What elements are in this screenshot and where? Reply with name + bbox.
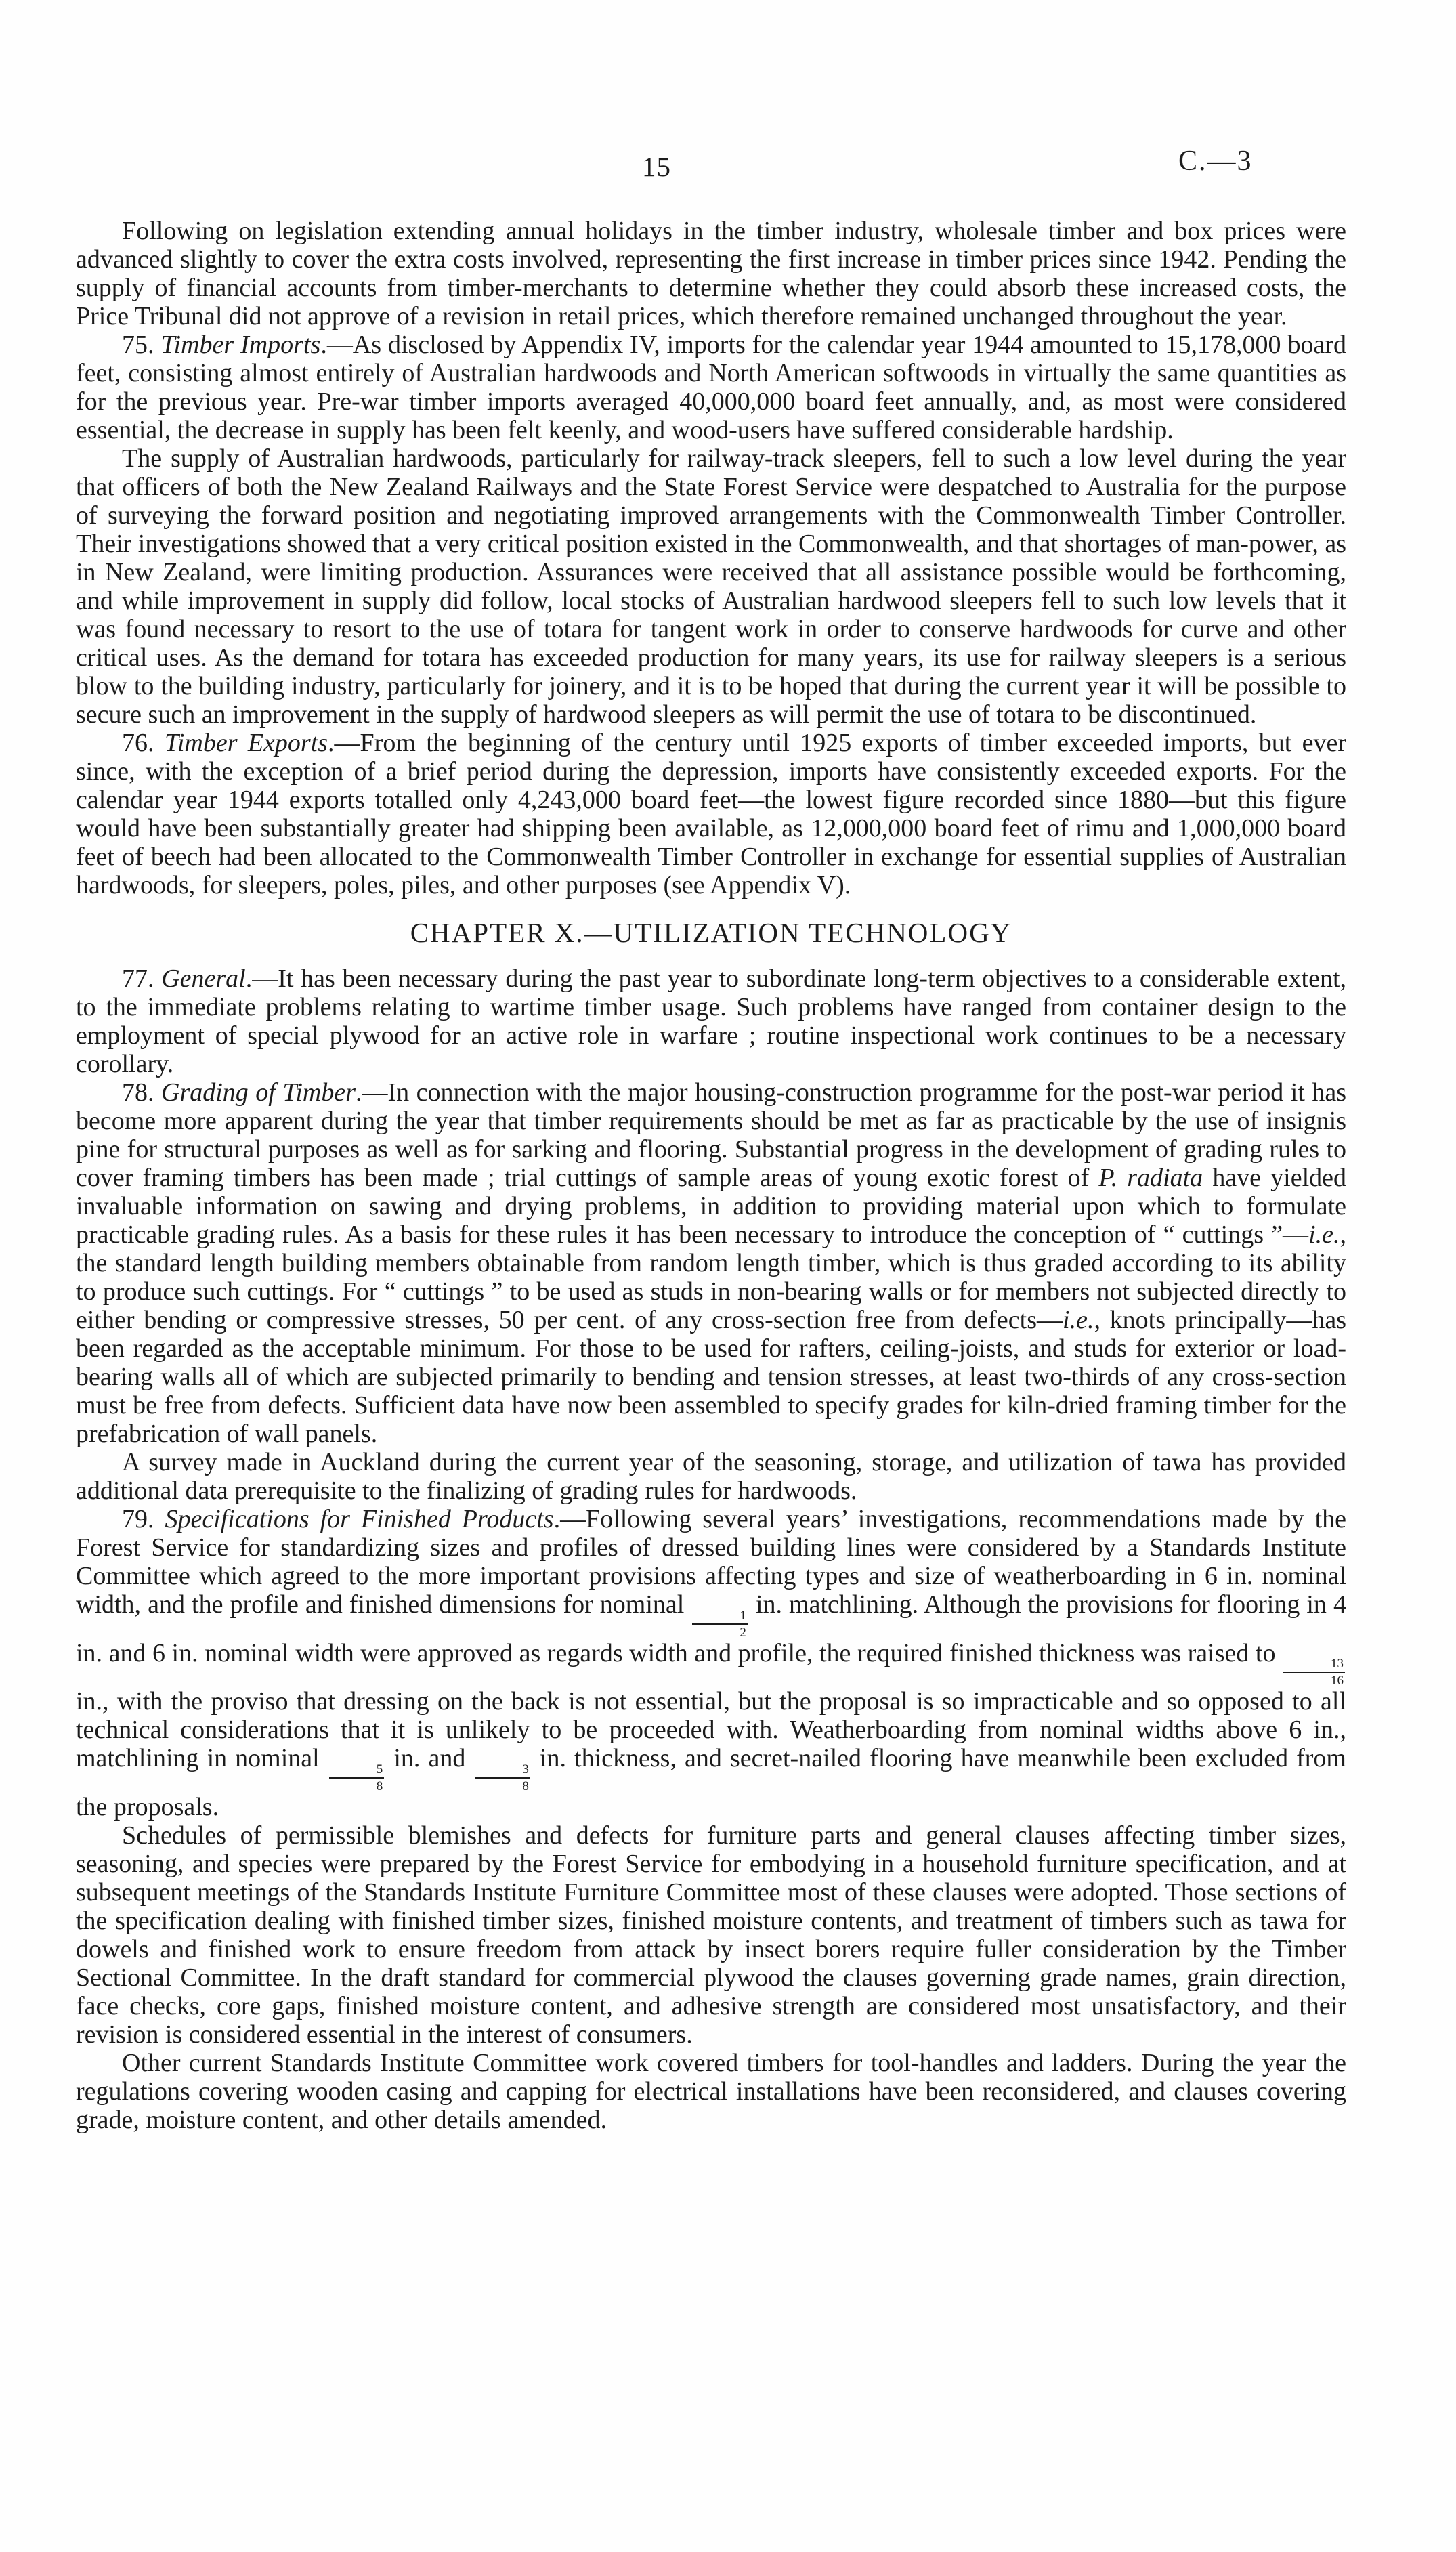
italic-text-run: Timber Imports <box>160 331 320 359</box>
paragraph-hardwood-sleepers: The supply of Australian hardwoods, part… <box>76 444 1346 729</box>
italic-text-run: P. radiata <box>1098 1164 1203 1192</box>
italic-text-run: Timber Exports <box>165 729 328 757</box>
paragraph-furniture-schedules: Schedules of permissible blemishes and d… <box>76 1821 1346 2049</box>
text-run: Schedules of permissible blemishes and d… <box>76 1821 1346 2049</box>
text-run: 76. <box>122 729 165 757</box>
italic-text-run: General <box>161 964 246 993</box>
paragraph-79-specifications: 79. Specifications for Finished Products… <box>76 1505 1346 1821</box>
inline-fraction: 12 <box>692 1609 748 1639</box>
paragraph-other-standards-work: Other current Standards Institute Commit… <box>76 2049 1346 2134</box>
text-run: The supply of Australian hardwoods, part… <box>76 444 1346 729</box>
report-code: C.—3 <box>1178 145 1253 177</box>
inline-fraction: 1316 <box>1283 1657 1345 1687</box>
paragraph-78-grading-of-timber: 78. Grading of Timber.—In connection wit… <box>76 1078 1346 1448</box>
italic-text-run: i.e. <box>1063 1306 1094 1334</box>
document-page: 15 C.—3 Following on legislation extendi… <box>0 0 1456 2552</box>
text-run: .—It has been necessary during the past … <box>76 964 1346 1078</box>
inline-fraction: 38 <box>475 1763 530 1793</box>
paragraph-77-general: 77. General.—It has been necessary durin… <box>76 964 1346 1078</box>
page-body: Following on legislation extending annua… <box>76 217 1346 2134</box>
italic-text-run: i.e. <box>1308 1220 1340 1249</box>
chapter-heading: CHAPTER X.—UTILIZATION TECHNOLOGY <box>76 917 1346 948</box>
text-run: 78. <box>122 1078 161 1107</box>
text-run: 79. <box>122 1505 165 1533</box>
page-number: 15 <box>642 150 671 183</box>
text-run: A survey made in Auckland during the cur… <box>76 1448 1346 1505</box>
paragraph-intro-holidays: Following on legislation extending annua… <box>76 217 1346 331</box>
inline-fraction: 58 <box>329 1763 385 1793</box>
paragraph-tawa-survey: A survey made in Auckland during the cur… <box>76 1448 1346 1505</box>
paragraph-75-timber-imports: 75. Timber Imports.—As disclosed by Appe… <box>76 331 1346 444</box>
text-run: 75. <box>122 331 160 359</box>
text-run: 77. <box>122 964 161 993</box>
text-run: Other current Standards Institute Commit… <box>76 2049 1346 2134</box>
text-run: in. and <box>385 1744 473 1772</box>
italic-text-run: Specifications for Finished Products <box>165 1505 553 1533</box>
paragraph-76-timber-exports: 76. Timber Exports.—From the beginning o… <box>76 729 1346 899</box>
italic-text-run: Grading of Timber <box>161 1078 356 1107</box>
text-run: Following on legislation extending annua… <box>76 217 1346 331</box>
